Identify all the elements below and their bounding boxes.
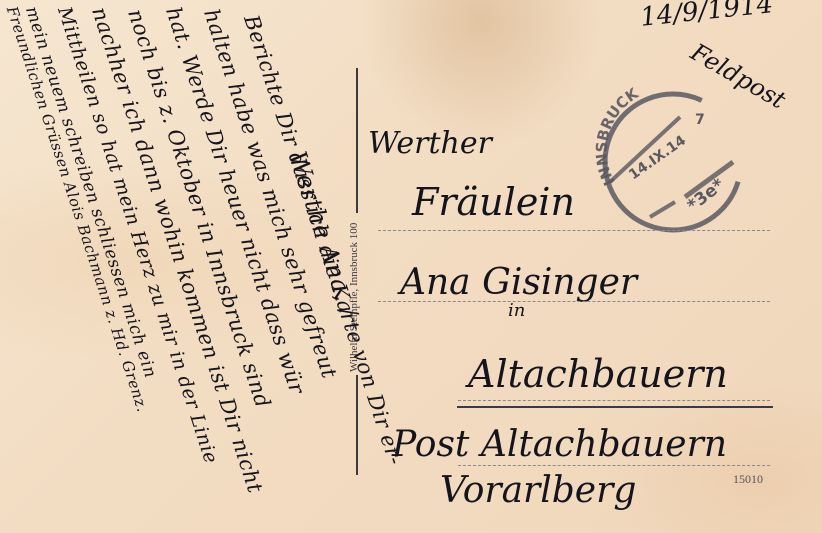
publisher-imprint: Wilhelm Stempfle, Innsbruck 100 [348, 223, 360, 372]
handwritten-message: Werthe Ana, / Berichte Dir dass ich die … [0, 0, 345, 533]
address-line-7: Vorarlberg [440, 470, 636, 511]
address-line-2: Fräulein [412, 180, 575, 224]
postmark-stamp: INNSBRUCK 14.IX.14 7 *3e* [585, 62, 760, 237]
address-dotted-line [378, 301, 770, 302]
divider-line [356, 375, 358, 475]
date-written: 14/9/1914 [639, 0, 775, 33]
address-dotted-line [458, 400, 770, 401]
address-line-3: Ana Gisinger [400, 262, 637, 303]
address-line-4: in [508, 300, 525, 321]
divider-line [356, 68, 358, 213]
address-dotted-line [458, 465, 770, 466]
serial-number: 15010 [733, 472, 763, 487]
address-line-1: Werther [368, 126, 492, 161]
address-line-6: Post Altachbauern [392, 424, 727, 465]
postmark-code: 7 [695, 112, 705, 128]
address-rule [457, 406, 773, 408]
address-dotted-line [378, 230, 770, 231]
postcard: Werthe Ana, / Berichte Dir dass ich die … [0, 0, 822, 533]
address-line-5: Altachbauern [468, 352, 728, 396]
